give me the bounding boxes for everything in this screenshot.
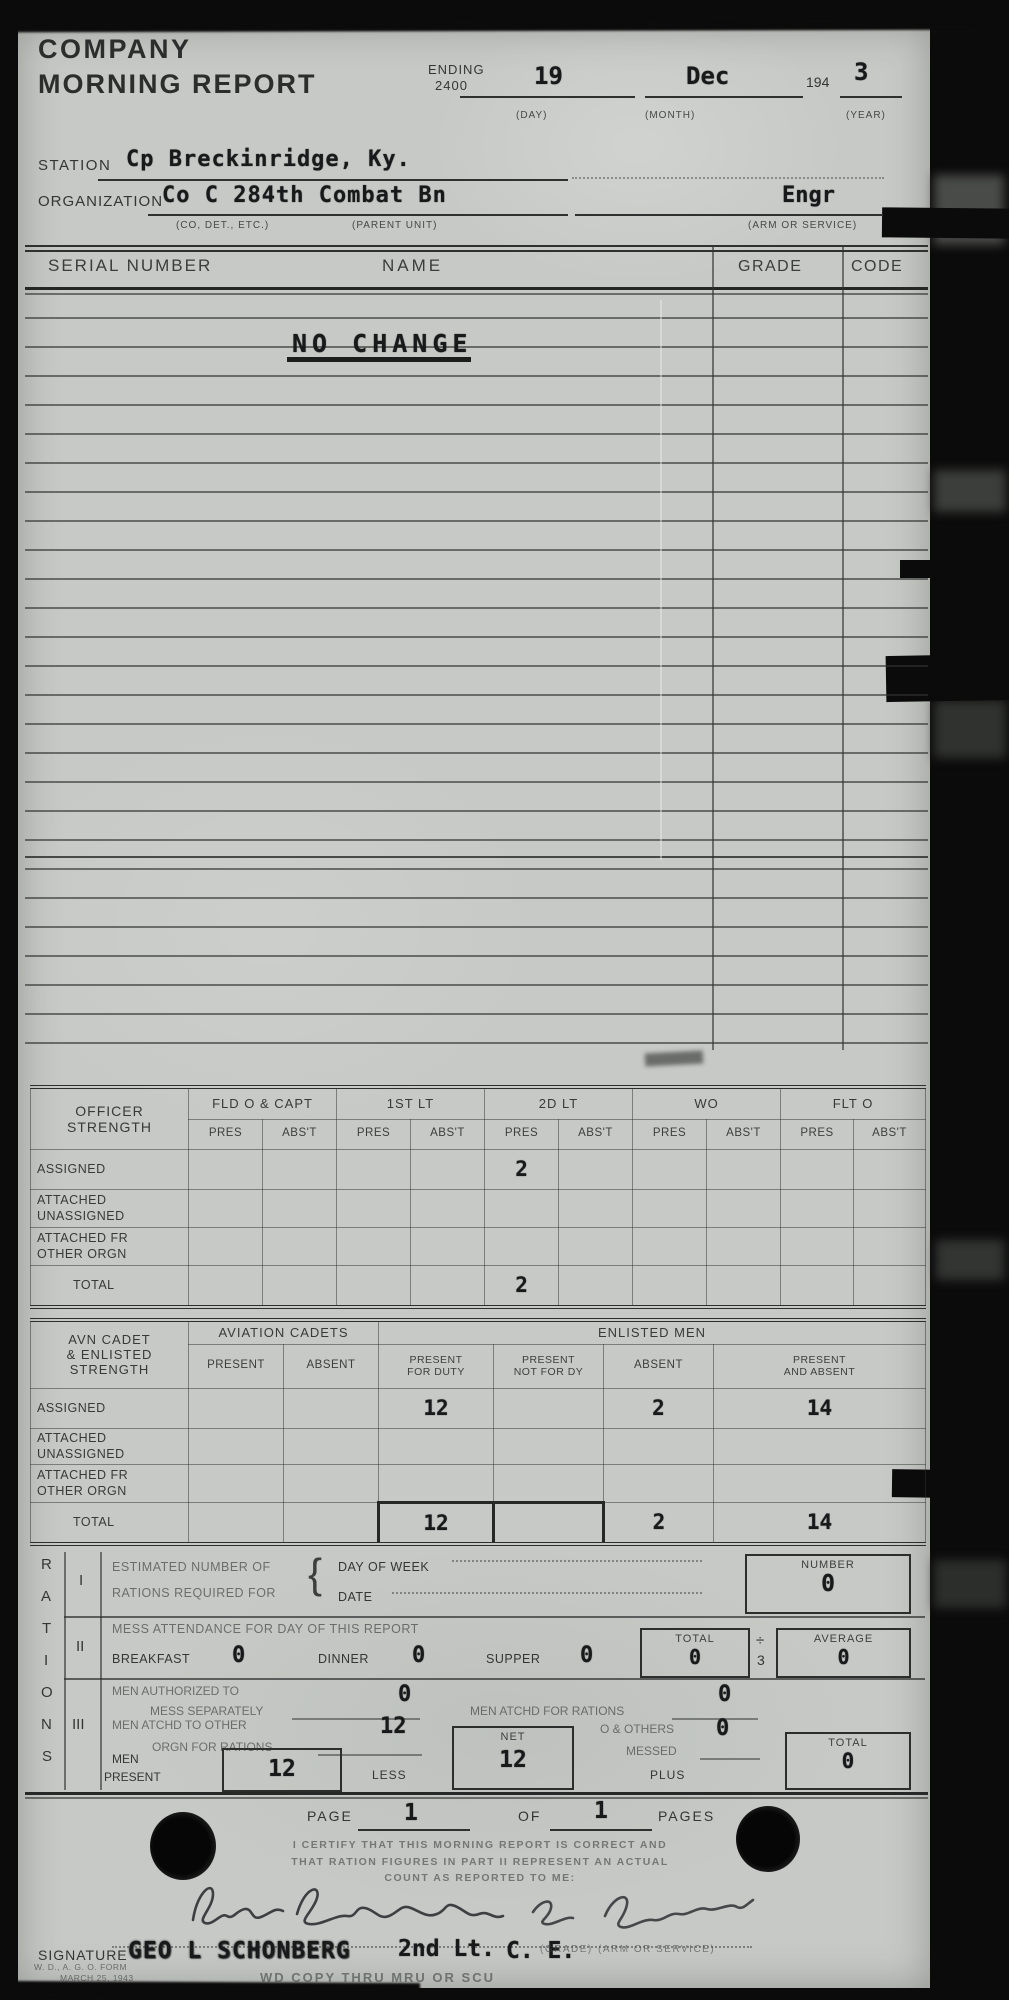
roster-entry-underline (287, 357, 471, 362)
enlisted-title: AVN CADET & ENLISTED STRENGTH (31, 1320, 189, 1388)
enlisted-row-assigned: ASSIGNED 12 2 14 (31, 1388, 926, 1428)
supper-value: 0 (580, 1643, 593, 1668)
form-footer-line1: W. D., A. G. O. FORM (34, 1962, 127, 1972)
men-present-value: 12 (224, 1756, 340, 1782)
rations-total-value: 0 (787, 1749, 909, 1773)
page-line1 (358, 1829, 470, 1831)
year-prefix: 194 (806, 74, 829, 90)
mess-total-value: 0 (642, 1645, 748, 1669)
arm-stamp: (ARM OR SERVICE) (598, 1944, 715, 1955)
others-messed-line1: O & OTHERS (600, 1722, 674, 1736)
officer-cell (337, 1149, 411, 1189)
officer-group-flto: FLT O (781, 1087, 926, 1119)
arm-value: Engr (782, 183, 835, 208)
grade-stamp: (GRADE) (540, 1944, 593, 1955)
officer-cell (189, 1149, 263, 1189)
scan-left-band (0, 0, 18, 2000)
form-footer-line2: MARCH 25, 1943 (60, 1973, 134, 1983)
cert-line1: I CERTIFY THAT THIS MORNING REPORT IS CO… (245, 1839, 715, 1851)
form-title-line1: COMPANY (38, 34, 192, 65)
page-value: 1 (404, 1800, 418, 1826)
roster-mid-rule (25, 856, 928, 858)
mess-total-box: TOTAL 0 (640, 1628, 750, 1678)
number-label: NUMBER (747, 1559, 909, 1571)
enlisted-row-label: ATTACHED FR OTHER ORGN (31, 1464, 189, 1502)
mess-attendance-header: MESS ATTENDANCE FOR DAY OF THIS REPORT (112, 1622, 419, 1636)
enlisted-row-attached-unassigned: ATTACHED UNASSIGNED (31, 1428, 926, 1464)
rations-brace: { (308, 1550, 322, 1598)
handwritten-signature (185, 1876, 765, 1938)
station-underline-dotted (572, 177, 884, 179)
scan-streak (934, 700, 1006, 758)
rations-bottom-rule (25, 1792, 928, 1795)
enlisted-assigned-pa: 14 (714, 1388, 926, 1428)
typed-signature-name: GEO L SCHONBERG (128, 1938, 351, 1964)
auth-line2: MESS SEPARATELY (150, 1704, 263, 1718)
day-label: (DAY) (516, 110, 547, 121)
station-underline (98, 179, 568, 181)
station-label: STATION (38, 157, 111, 174)
officer-cell (263, 1149, 337, 1189)
enlisted-row-total: TOTAL 12 2 14 (31, 1502, 926, 1544)
enlisted-row-label: TOTAL (31, 1502, 189, 1544)
rations-divider-2 (64, 1678, 925, 1680)
rations-divider-1 (64, 1616, 925, 1618)
organization-label: ORGANIZATION (38, 193, 163, 210)
average-label: AVERAGE (778, 1633, 909, 1645)
atchd-for-line (672, 1718, 758, 1720)
enlisted-row-label: ATTACHED UNASSIGNED (31, 1428, 189, 1464)
enlisted-col-present: PRESENT (189, 1344, 284, 1388)
net-box: NET 12 (452, 1726, 574, 1790)
officer-title: OFFICER STRENGTH (31, 1087, 189, 1149)
less-label: LESS (372, 1768, 407, 1782)
rations-side-letter: A (41, 1588, 51, 1605)
enlisted-total-absent: 2 (604, 1502, 714, 1544)
officer-strength-table: OFFICER STRENGTH FLD O & CAPT 1ST LT 2D … (30, 1085, 926, 1309)
punch-hole-right (736, 1806, 800, 1872)
breakfast-value: 0 (232, 1643, 245, 1668)
enlisted-assigned-absent: 2 (604, 1388, 714, 1428)
breakfast-label: BREAKFAST (112, 1652, 190, 1666)
atchd-for-value: 0 (718, 1682, 731, 1707)
enlisted-total-pfd: 12 (379, 1502, 494, 1544)
arm-underline (575, 214, 883, 216)
officer-row-label: TOTAL (31, 1265, 189, 1307)
year-label: (YEAR) (846, 110, 886, 121)
organization-underline (148, 214, 568, 216)
roster-col-name: NAME (382, 256, 443, 276)
rations-bottom-rule2 (25, 1797, 928, 1799)
officer-row-assigned: ASSIGNED 2 (31, 1149, 926, 1189)
plus-label: PLUS (650, 1768, 685, 1782)
net-value: 12 (454, 1747, 572, 1773)
officer-cell (854, 1149, 926, 1189)
rations-side-letter: T (42, 1620, 51, 1637)
roster-top-rule2 (25, 250, 928, 252)
scan-ink-mark (882, 207, 1009, 238)
supper-label: SUPPER (486, 1652, 540, 1666)
month-label: (MONTH) (645, 110, 695, 121)
enlisted-group-men: ENLISTED MEN (379, 1320, 926, 1344)
atchd-other-value: 12 (380, 1714, 407, 1739)
year-underline (840, 96, 902, 98)
rations-side-letter: R (41, 1556, 52, 1573)
average-box: AVERAGE 0 (776, 1628, 911, 1678)
paper-crease (660, 300, 662, 860)
number-box: NUMBER 0 (745, 1554, 911, 1614)
others-messed-line2: MESSED (626, 1744, 677, 1758)
month-underline (645, 96, 803, 98)
present-label: PRESENT (104, 1770, 161, 1784)
roster-col-serial: SERIAL NUMBER (48, 256, 212, 276)
officer-cell (411, 1149, 485, 1189)
ending-time: 2400 (435, 78, 468, 93)
officer-cell (781, 1149, 854, 1189)
year-value: 3 (854, 58, 868, 86)
page-line2 (550, 1829, 652, 1831)
officer-sub-abst: ABS'T (263, 1119, 337, 1149)
officer-cell-2dlt-pres: 2 (485, 1149, 559, 1189)
enlisted-assigned-pfd: 12 (379, 1388, 494, 1428)
rations-1-line1: ESTIMATED NUMBER OF (112, 1560, 271, 1574)
officer-row-attached-fr: ATTACHED FR OTHER ORGN (31, 1227, 926, 1265)
copy-stamp: WD COPY THRU MRU OR SCU (260, 1970, 495, 1985)
men-label: MEN (112, 1752, 139, 1766)
atchd-for-label: MEN ATCHD FOR RATIONS (470, 1704, 624, 1718)
enlisted-col-abs: ABSENT (604, 1344, 714, 1388)
date-label: DATE (338, 1590, 372, 1604)
enlisted-total-pnfd (494, 1502, 604, 1544)
rations-2-numeral: II (76, 1638, 84, 1655)
rations-vline-letters (64, 1552, 66, 1790)
officer-row-label: ASSIGNED (31, 1149, 189, 1189)
officer-group-wo: WO (633, 1087, 781, 1119)
roster-ruled-lines (25, 290, 928, 1047)
rations-vline-numerals (100, 1552, 102, 1790)
enlisted-col-pa: PRESENT AND ABSENT (714, 1344, 926, 1388)
roster-entry: NO CHANGE (292, 329, 472, 358)
scan-right-band (930, 0, 1009, 2000)
men-present-box: 12 (222, 1748, 342, 1792)
officer-row-label: ATTACHED FR OTHER ORGN (31, 1227, 189, 1265)
officer-sub-pres: PRES (781, 1119, 854, 1149)
scan-streak (936, 1240, 1004, 1280)
day-of-week-line (452, 1560, 702, 1562)
scan-streak (934, 1560, 1006, 1608)
typed-signature-grade: 2nd Lt. (398, 1936, 495, 1962)
scan-streak (934, 470, 1006, 512)
rations-side-letter: O (41, 1684, 53, 1701)
officer-sub-abst: ABS'T (559, 1119, 633, 1149)
others-messed-value: 0 (716, 1716, 729, 1741)
officer-cell (633, 1149, 707, 1189)
date-line (392, 1592, 702, 1594)
officer-sub-abst: ABS'T (411, 1119, 485, 1149)
officer-row-label: ATTACHED UNASSIGNED (31, 1189, 189, 1227)
enlisted-total-pa: 14 (714, 1502, 926, 1544)
officer-sub-abst: ABS'T (707, 1119, 781, 1149)
officer-sub-pres: PRES (337, 1119, 411, 1149)
enlisted-col-pfd: PRESENT FOR DUTY (379, 1344, 494, 1388)
pages-label: PAGES (658, 1808, 715, 1824)
roster-col-grade: GRADE (738, 258, 802, 276)
ending-label: ENDING (428, 62, 485, 77)
enlisted-group-cadets: AVIATION CADETS (189, 1320, 379, 1344)
dinner-value: 0 (412, 1643, 425, 1668)
dinner-label: DINNER (318, 1652, 369, 1666)
divide-by: 3 (757, 1652, 765, 1668)
organization-sub-label1: (CO, DET., ETC.) (176, 220, 269, 231)
organization-sub-label2: (PARENT UNIT) (352, 220, 437, 231)
rations-1-numeral: I (79, 1572, 83, 1589)
officer-group-1stlt: 1ST LT (337, 1087, 485, 1119)
punch-hole-left (150, 1812, 216, 1880)
average-value: 0 (778, 1645, 909, 1669)
officer-row-attached-unassigned: ATTACHED UNASSIGNED (31, 1189, 926, 1227)
day-underline (460, 96, 635, 98)
officer-sub-abst: ABS'T (854, 1119, 926, 1149)
officer-row-total: TOTAL 2 (31, 1265, 926, 1307)
officer-sub-pres: PRES (189, 1119, 263, 1149)
atchd-other-line1: MEN ATCHD TO OTHER (112, 1718, 247, 1732)
rations-total-label: TOTAL (787, 1737, 909, 1749)
number-value: 0 (747, 1571, 909, 1597)
arm-label: (ARM OR SERVICE) (748, 220, 857, 231)
pages-value: 1 (594, 1798, 608, 1824)
roster-top-rule1 (25, 245, 928, 247)
enlisted-row-label: ASSIGNED (31, 1388, 189, 1428)
officer-group-2dlt: 2D LT (485, 1087, 633, 1119)
cert-line2: THAT RATION FIGURES IN PART II REPRESENT… (245, 1856, 715, 1868)
officer-cell (707, 1149, 781, 1189)
month-value: Dec (686, 62, 729, 90)
rations-3-numeral: III (72, 1716, 85, 1733)
form-title-line2: MORNING REPORT (38, 69, 317, 100)
day-of-week-label: DAY OF WEEK (338, 1560, 429, 1574)
mess-total-label: TOTAL (642, 1633, 748, 1645)
divide-sign: ÷ (756, 1632, 764, 1649)
organization-value: Co C 284th Combat Bn (162, 183, 447, 208)
officer-cell (559, 1149, 633, 1189)
rations-side-letter: N (41, 1716, 52, 1733)
rations-total-box: TOTAL 0 (785, 1732, 911, 1790)
officer-group-fldo: FLD O & CAPT (189, 1087, 337, 1119)
rations-side-letter: I (44, 1652, 48, 1669)
day-value: 19 (534, 62, 563, 90)
enlisted-strength-table: AVN CADET & ENLISTED STRENGTH AVIATION C… (30, 1318, 926, 1546)
enlisted-col-absent: ABSENT (284, 1344, 379, 1388)
auth-line1: MEN AUTHORIZED TO (112, 1684, 239, 1698)
roster-col-code: CODE (851, 258, 903, 276)
enlisted-row-attached-fr: ATTACHED FR OTHER ORGN (31, 1464, 926, 1502)
enlisted-col-pnfd: PRESENT NOT FOR DY (494, 1344, 604, 1388)
net-label: NET (454, 1731, 572, 1743)
page-label: PAGE (307, 1808, 353, 1824)
of-label: OF (518, 1808, 541, 1824)
others-messed-line (700, 1758, 760, 1760)
auth-value: 0 (398, 1682, 411, 1707)
signature-label: SIGNATURE (38, 1947, 128, 1963)
station-value: Cp Breckinridge, Ky. (126, 147, 411, 172)
officer-sub-pres: PRES (633, 1119, 707, 1149)
officer-total-2dlt-pres: 2 (485, 1265, 559, 1307)
rations-side-letter: S (42, 1748, 52, 1765)
rations-1-line2: RATIONS REQUIRED FOR (112, 1586, 276, 1600)
officer-sub-pres: PRES (485, 1119, 559, 1149)
